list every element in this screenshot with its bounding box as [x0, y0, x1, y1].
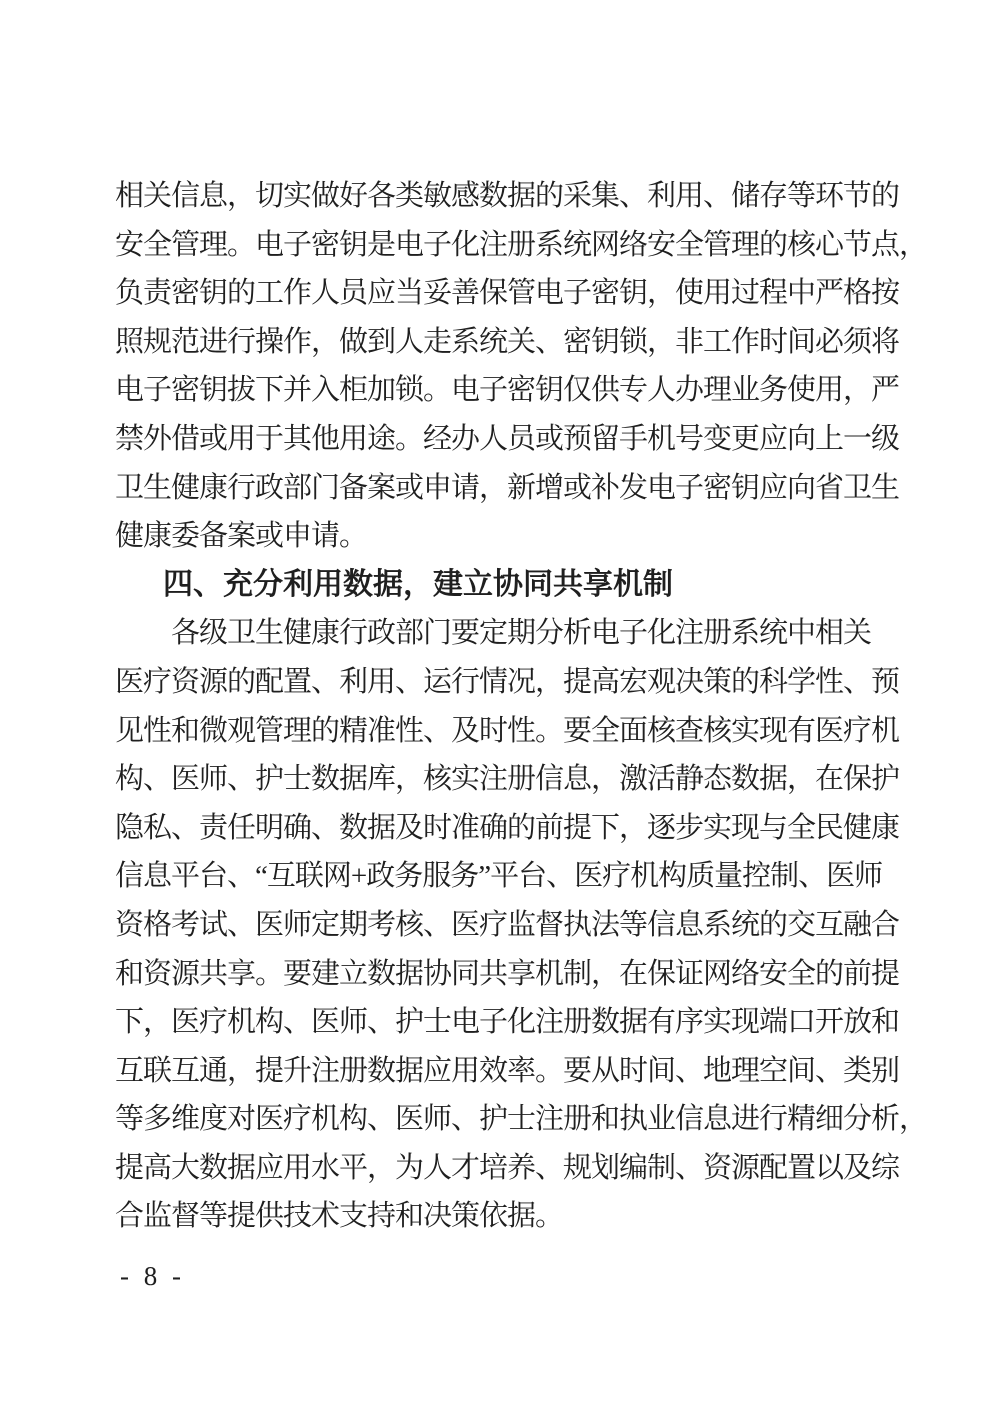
paragraph1-line: 禁外借或用于其他用途。经办人员或预留手机号变更应向上一级 [115, 415, 897, 464]
paragraph2-line: 医疗资源的配置、利用、运行情况，提高宏观决策的科学性、预 [115, 658, 897, 707]
body-text-block: 相关信息，切实做好各类敏感数据的采集、利用、储存等环节的 安全管理。电子密钥是电… [115, 172, 897, 1241]
paragraph2-line: 各级卫生健康行政部门要定期分析电子化注册系统中相关 [115, 609, 897, 658]
page-number: - 8 - [120, 1258, 185, 1294]
paragraph2-line: 信息平台、“互联网+政务服务”平台、医疗机构质量控制、医师 [115, 852, 897, 901]
paragraph2-line: 构、医师、护士数据库，核实注册信息，激活静态数据，在保护 [115, 755, 897, 804]
paragraph2-line: 见性和微观管理的精准性、及时性。要全面核查核实现有医疗机 [115, 707, 897, 756]
document-page: 相关信息，切实做好各类敏感数据的采集、利用、储存等环节的 安全管理。电子密钥是电… [0, 0, 1000, 1412]
paragraph2-line: 资格考试、医师定期考核、医疗监督执法等信息系统的交互融合 [115, 901, 897, 950]
section-heading: 四、充分利用数据，建立协同共享机制 [115, 561, 897, 610]
paragraph2-line: 合监督等提供技术支持和决策依据。 [115, 1192, 897, 1241]
paragraph1-line: 安全管理。电子密钥是电子化注册系统网络安全管理的核心节点， [115, 221, 897, 270]
paragraph1-line: 负责密钥的工作人员应当妥善保管电子密钥，使用过程中严格按 [115, 269, 897, 318]
paragraph2-line: 下，医疗机构、医师、护士电子化注册数据有序实现端口开放和 [115, 998, 897, 1047]
paragraph2-line: 提高大数据应用水平，为人才培养、规划编制、资源配置以及综 [115, 1144, 897, 1193]
paragraph1-line: 照规范进行操作，做到人走系统关、密钥锁，非工作时间必须将 [115, 318, 897, 367]
paragraph2-line: 等多维度对医疗机构、医师、护士注册和执业信息进行精细分析， [115, 1095, 897, 1144]
paragraph2-line: 隐私、责任明确、数据及时准确的前提下，逐步实现与全民健康 [115, 804, 897, 853]
paragraph1-line: 电子密钥拔下并入柜加锁。电子密钥仅供专人办理业务使用，严 [115, 366, 897, 415]
paragraph1-line: 卫生健康行政部门备案或申请，新增或补发电子密钥应向省卫生 [115, 464, 897, 513]
paragraph2-line: 互联互通，提升注册数据应用效率。要从时间、地理空间、类别 [115, 1047, 897, 1096]
paragraph2-line: 和资源共享。要建立数据协同共享机制，在保证网络安全的前提 [115, 950, 897, 999]
paragraph1-line: 健康委备案或申请。 [115, 512, 897, 561]
paragraph1-line: 相关信息，切实做好各类敏感数据的采集、利用、储存等环节的 [115, 172, 897, 221]
